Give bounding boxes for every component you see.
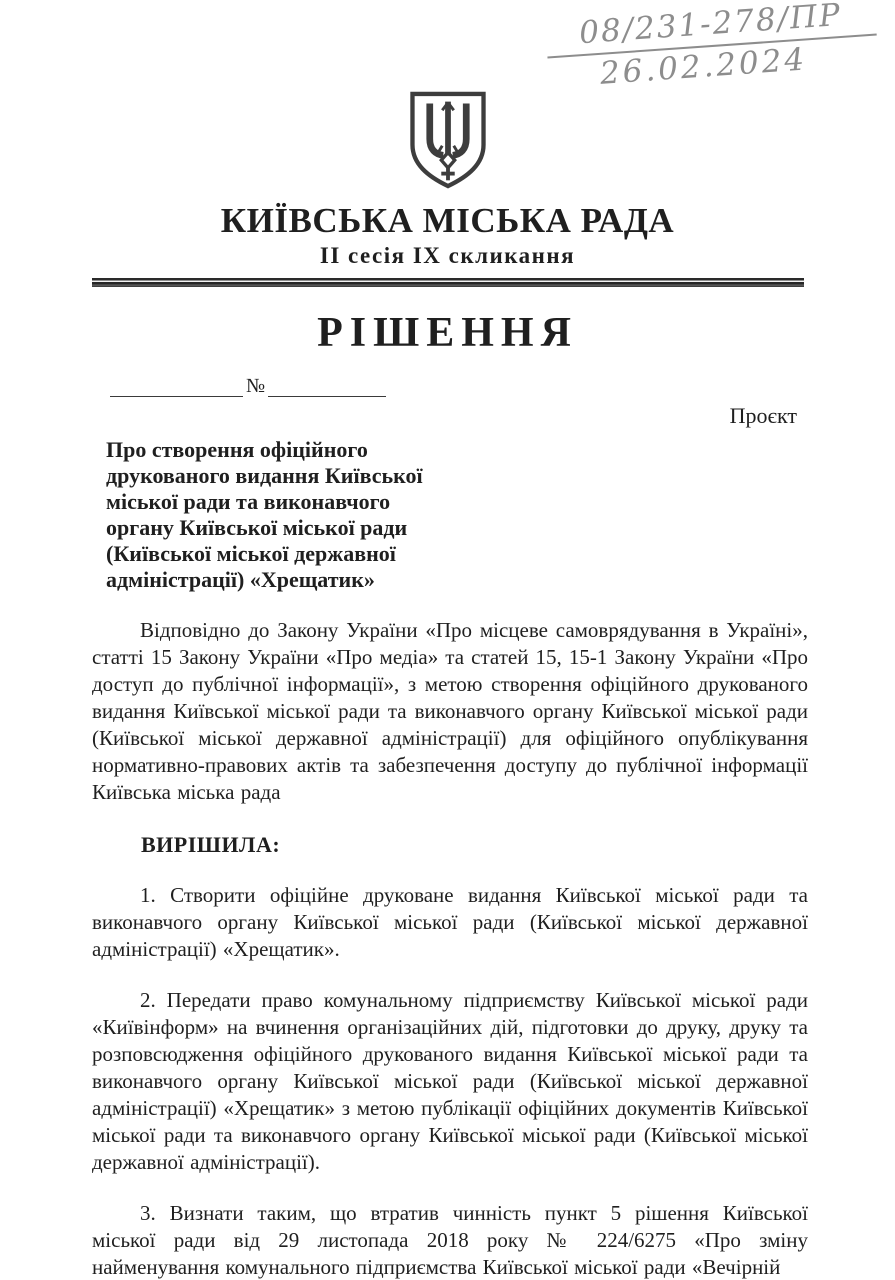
number-blank-line: № [110, 373, 895, 397]
resolution-item-1: 1. Створити офіційне друковане видання К… [92, 882, 808, 963]
resolved-label: ВИРІШИЛА: [141, 832, 895, 858]
document-type-title: РІШЕННЯ [0, 309, 895, 357]
date-blank-underline [110, 374, 243, 397]
number-blank-underline [268, 374, 386, 397]
number-sign: № [243, 375, 268, 397]
tryzub-emblem-icon [400, 88, 496, 192]
intro-paragraph: Відповідно до Закону України «Про місцев… [92, 617, 808, 806]
draft-label: Проєкт [0, 403, 797, 429]
resolution-item-2: 2. Передати право комунальному підприємс… [92, 987, 808, 1176]
session-line: II сесія IX скликання [0, 243, 895, 269]
double-rule-divider [92, 278, 804, 287]
document-page: 08/231-278/ПР 26.02.2024 КИЇВСЬКА МІСЬКА… [0, 0, 895, 1280]
subject-title: Про створення офіційного друкованого вид… [106, 437, 546, 593]
resolution-item-3: 3. Визнати таким, що втратив чинність пу… [92, 1200, 808, 1280]
organization-name: КИЇВСЬКА МІСЬКА РАДА [0, 201, 895, 241]
